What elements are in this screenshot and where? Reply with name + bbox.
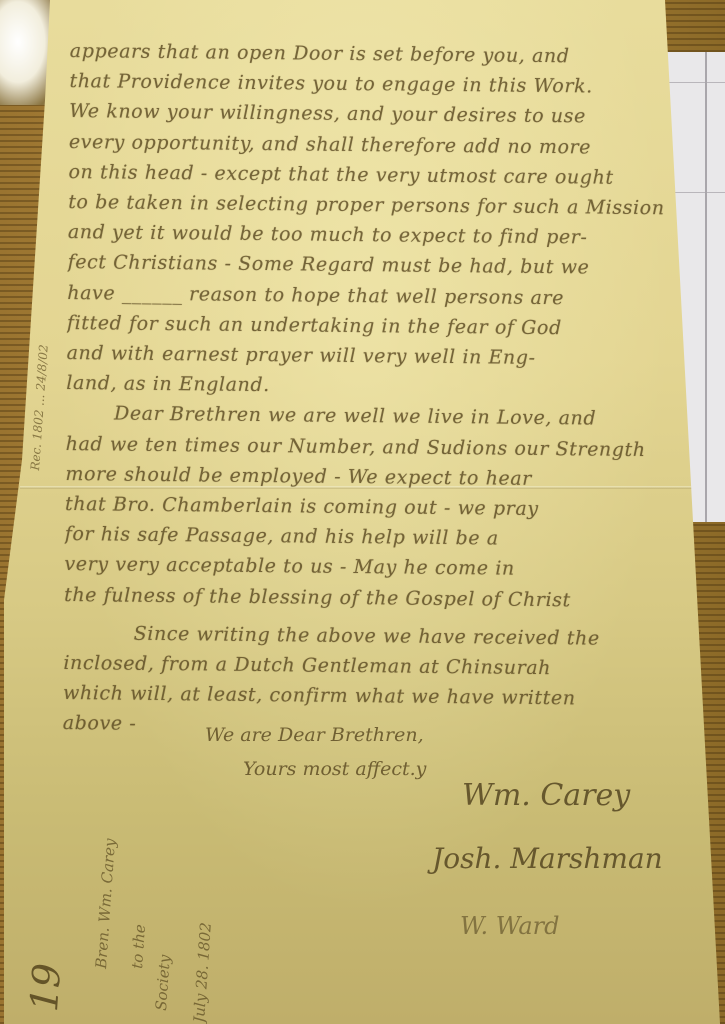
docket-line: July 28. 1802 [190,922,215,1024]
letter-body: appears that an open Door is set before … [63,36,680,745]
docket-line: Bren. Wm. Carey [92,838,119,969]
signature-marshman: Josh. Marshman [432,842,663,875]
margin-annotation: Rec. 1802 ... 24/8/02 [28,344,51,471]
salutation: We are Dear Brethren, [205,718,426,752]
valediction: Yours most affect.y [205,752,426,786]
letter-closing: We are Dear Brethren, Yours most affect.… [205,718,426,786]
docket-line: Society [152,954,174,1011]
letter-paper: appears that an open Door is set before … [0,0,725,1024]
signature-carey: Wm. Carey [462,778,630,813]
paragraph-line: the fulness of the blessing of the Gospe… [64,580,674,617]
signature-ward: W. Ward [460,912,559,940]
docket-line: to the [128,924,149,970]
docket-number: 19 [22,962,69,1013]
